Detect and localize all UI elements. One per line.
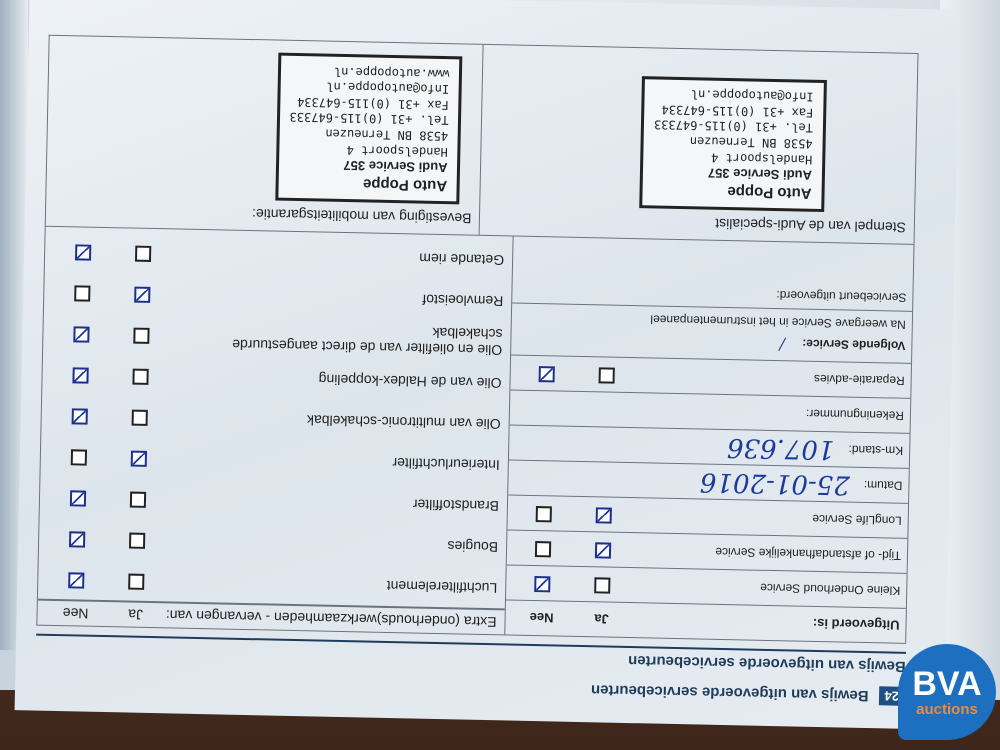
checkbox-ja[interactable]	[132, 410, 148, 426]
checkbox-ja[interactable]	[595, 543, 611, 559]
checkbox-ja[interactable]	[130, 492, 146, 508]
next-service-row: Volgende Service: / Na weergave Service …	[511, 303, 912, 363]
stamp-section: Stempel van de Audi-specialist Auto Popp…	[45, 35, 919, 244]
checkbox-nee[interactable]	[534, 577, 550, 593]
checkbox-ja[interactable]	[128, 574, 144, 590]
checkbox-nee[interactable]	[72, 368, 88, 384]
bva-logo: BVA auctions	[898, 644, 996, 740]
service-page: 24 Bewijs van uitgevoerde servicebeurten…	[15, 0, 960, 730]
dealer-stamp: Auto Poppe Audi Service 357 Handelspoort…	[639, 76, 827, 212]
extra-work-list: LuchtfilterelementBougiesBrandstoffilter…	[38, 230, 513, 609]
checkbox-ja[interactable]	[599, 368, 615, 384]
service-form: Uitgevoerd is: Ja Nee Kleine Onderhoud S…	[504, 237, 913, 643]
checkbox-nee[interactable]	[75, 245, 91, 261]
km-value[interactable]: 107.636	[727, 432, 835, 464]
checkbox-nee[interactable]	[68, 573, 84, 589]
checkbox-ja[interactable]	[133, 328, 149, 344]
checkbox-nee[interactable]	[536, 507, 552, 523]
checkbox-nee[interactable]	[72, 409, 88, 425]
checkbox-nee[interactable]	[73, 327, 89, 343]
checkbox-nee[interactable]	[70, 491, 86, 507]
checkbox-ja[interactable]	[135, 246, 151, 262]
checkbox-ja[interactable]	[134, 287, 150, 303]
checkbox-nee[interactable]	[539, 367, 555, 383]
dealer-stamp-cell: Stempel van de Audi-specialist Auto Popp…	[480, 45, 917, 244]
mobility-stamp-cell: Bevestiging van mobiliteitsgarantie: Aut…	[46, 36, 484, 235]
checkbox-ja[interactable]	[594, 578, 610, 594]
checkbox-nee[interactable]	[69, 532, 85, 548]
page-header-title: Bewijs van uitgevoerde servicebeurten	[591, 682, 869, 705]
mobility-stamp: Auto Poppe Audi Service 357 Handelspoort…	[275, 53, 463, 205]
checkbox-ja[interactable]	[131, 451, 147, 467]
checkbox-nee[interactable]	[74, 286, 90, 302]
service-performed-row: Servicebeurt uitgevoerd:	[512, 237, 913, 311]
page-header: 24 Bewijs van uitgevoerde servicebeurten	[35, 667, 905, 709]
checkbox-ja[interactable]	[129, 533, 145, 549]
date-value[interactable]: 25-01-2016	[700, 466, 851, 499]
extra-work: Extra (onderhouds)werkzaamheden - vervan…	[37, 227, 512, 635]
checkbox-ja[interactable]	[596, 508, 612, 524]
service-grid: Uitgevoerd is: Ja Nee Kleine Onderhoud S…	[36, 226, 914, 644]
checkbox-nee[interactable]	[71, 450, 87, 466]
checkbox-ja[interactable]	[132, 369, 148, 385]
checkbox-nee[interactable]	[535, 542, 551, 558]
